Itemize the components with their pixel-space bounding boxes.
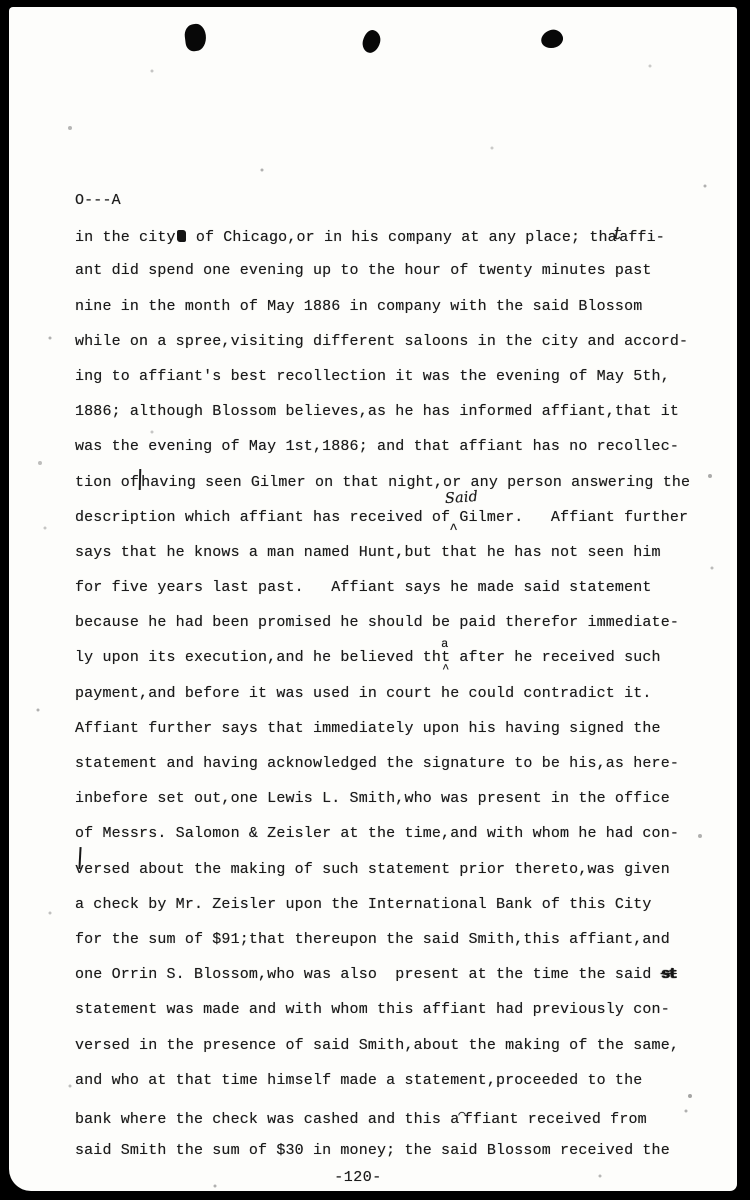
typewritten-text: inbefore set out,one Lewis L. Smith,who … [75,790,670,807]
text-line: 1886; although Blossom believes,as he ha… [75,394,690,429]
typewritten-text: ly upon its execution,and he believed th [75,649,441,666]
page-number: -120- [9,1169,707,1186]
typewritten-text: payment,and before it was used in court … [75,685,652,702]
typewritten-text: having seen Gilmer on that night,or any … [141,474,690,491]
document-text: O---Ain the city of Chicago,or in his co… [75,183,690,1168]
text-line: versed in the presence of said Smith,abo… [75,1028,690,1063]
typewritten-text: bank where the check was cashed and this… [75,1111,459,1128]
typewritten-text: Affiant further says that immediately up… [75,720,661,737]
text-line: tion ofhaving seen Gilmer on that night,… [75,465,690,500]
scan-noise [9,7,11,9]
typewritten-text: said Smith the sum of $30 in money; the … [75,1142,670,1159]
typewritten-text: and who at that time himself made a stat… [75,1072,642,1089]
typewritten-text: O---A [75,192,121,209]
typewritten-text: for five years last past. Affiant says h… [75,579,652,596]
typewritten-text: a check by Mr. Zeisler upon the Internat… [75,896,652,913]
text-line: while on a spree,visiting different salo… [75,324,690,359]
text-line: ing to affiant's best recollection it wa… [75,359,690,394]
caret-mark: ^ [449,513,458,548]
typewritten-text: statement and having acknowledged the si… [75,755,679,772]
text-line: and who at that time himself made a stat… [75,1063,690,1098]
typewritten-text: tion of [75,474,139,491]
handwritten-insertion: Said [444,480,479,517]
typewritten-text: for the sum of $91;that thereupon the sa… [75,931,670,948]
typewritten-text: ffiant received from [464,1111,647,1128]
typewritten-text: Affiant further [523,509,688,526]
hole-punch-mark [183,23,207,52]
typewritten-text: ant did spend one evening up to the hour… [75,262,652,279]
text-line: bank where the check was cashed and this… [75,1098,690,1133]
text-line: nine in the month of May 1886 in company… [75,289,690,324]
overstruck-text: st [661,966,676,983]
typewritten-text: description which affiant has received o… [75,509,459,526]
text-line: a check by Mr. Zeisler upon the Internat… [75,887,690,922]
text-line: inbefore set out,one Lewis L. Smith,who … [75,781,690,816]
text-line: one Orrin S. Blossom,who was also presen… [75,957,690,992]
handwritten-letter: t [614,223,621,244]
scanned-paper: O---Ain the city of Chicago,or in his co… [9,7,737,1191]
text-line: Affiant further says that immediately up… [75,711,690,746]
typewritten-text: after he received such [450,649,660,666]
typewritten-text: of Chicago,or in his company at any plac… [187,229,617,246]
text-line: said Smith the sum of $30 in money; the … [75,1133,690,1168]
typewritten-text: statement was made and with whom this af… [75,1001,670,1018]
typewritten-text: one Orrin S. Blossom,who was also presen… [75,966,661,983]
typewritten-text: ing to affiant's best recollection it wa… [75,368,670,385]
typewritten-text: in the city [75,229,176,246]
annotated-text: Gilmer.Said^ [459,500,523,535]
typewritten-text: says that he knows a man named Hunt,but … [75,544,661,561]
text-line: for five years last past. Affiant says h… [75,570,690,605]
text-line: for the sum of $91;that thereupon the sa… [75,922,690,957]
hole-punch-mark [539,27,565,51]
text-line: was the evening of May 1st,1886; and tha… [75,429,690,464]
typewritten-text: nine in the month of May 1886 in company… [75,298,642,315]
text-line: payment,and before it was used in court … [75,676,690,711]
hole-punch-mark [360,28,382,54]
text-line: because he had been promised he should b… [75,605,690,640]
text-line: says that he knows a man named Hunt,but … [75,535,690,570]
caret-mark: ^ [442,652,449,687]
text-line: versed about the making of such statemen… [75,852,690,887]
typewritten-text: ersed about the making of such statement… [84,861,670,878]
text-line: statement and having acknowledged the si… [75,746,690,781]
annotated-text: ta^ [441,640,450,675]
text-line: of Messrs. Salomon & Zeisler at the time… [75,816,690,851]
typewritten-text: while on a spree,visiting different salo… [75,333,688,350]
typewritten-text: versed in the presence of said Smith,abo… [75,1037,679,1054]
typewritten-text: 1886; although Blossom believes,as he ha… [75,403,679,420]
text-line: in the city of Chicago,or in his company… [75,218,690,253]
text-line: ly upon its execution,and he believed th… [75,640,690,675]
heading-line: O---A [75,183,690,218]
text-line: ant did spend one evening up to the hour… [75,253,690,288]
typewritten-text: affi- [619,229,665,246]
typewritten-text: of Messrs. Salomon & Zeisler at the time… [75,825,679,842]
ink-blot [177,230,186,242]
typewritten-text: was the evening of May 1st,1886; and tha… [75,438,679,455]
overstruck-letter: v [75,852,84,887]
text-line: statement was made and with whom this af… [75,992,690,1027]
text-line: description which affiant has received o… [75,500,690,535]
typewritten-text: because he had been promised he should b… [75,614,679,631]
